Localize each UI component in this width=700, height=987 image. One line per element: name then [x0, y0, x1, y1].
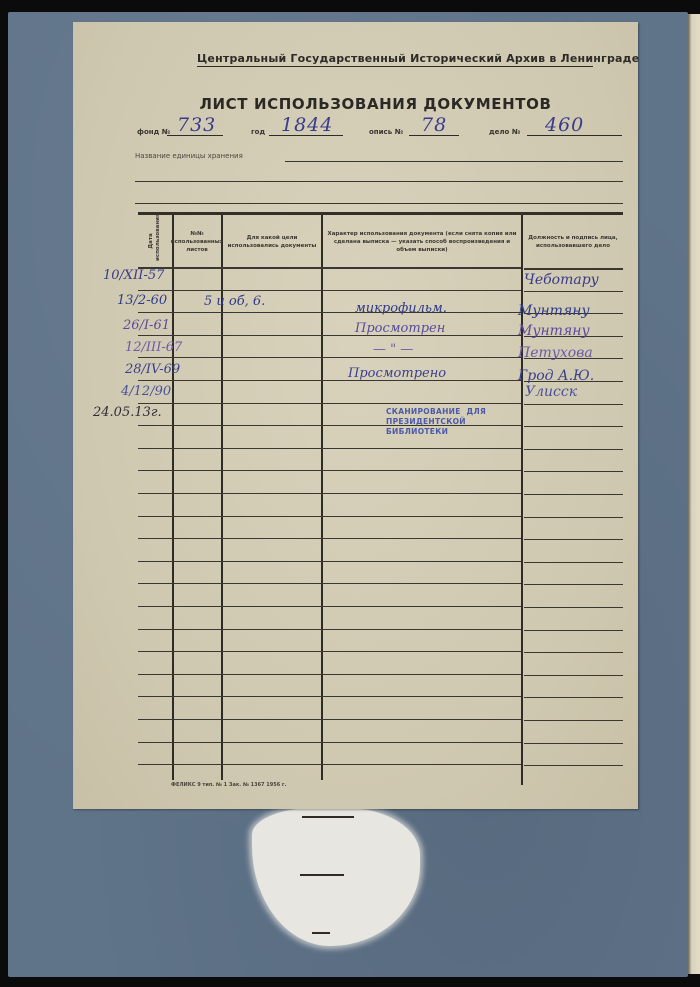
- row-line: [138, 651, 521, 652]
- entry-character: Просмотрено: [348, 366, 446, 381]
- opis-value: 78: [421, 114, 447, 136]
- opis-label: опись №: [369, 128, 403, 136]
- row-line: [138, 380, 521, 381]
- opis-field: опись № 78: [369, 117, 464, 139]
- entry-date: 12/III-67: [125, 340, 182, 355]
- entry-date: 28/IV-69: [125, 362, 180, 377]
- row-line: [138, 516, 521, 517]
- row-line: [524, 562, 623, 563]
- entry-signature: Мунтяну: [518, 323, 590, 339]
- entry-sheets: 5 и об, 6.: [204, 294, 265, 309]
- fond-label: фонд №: [137, 128, 170, 136]
- row-line: [138, 742, 521, 743]
- sheet-title: ЛИСТ ИСПОЛЬЗОВАНИЯ ДОКУМЕНТОВ: [73, 95, 638, 113]
- row-line: [138, 719, 521, 720]
- inner-page-edge: [688, 14, 700, 974]
- row-line: [138, 470, 521, 471]
- row-line: [138, 561, 521, 562]
- row-line: [524, 652, 623, 653]
- entry-signature: Улисск: [525, 384, 577, 400]
- row-line: [524, 720, 623, 721]
- entry-signature: Петухова: [518, 345, 593, 361]
- row-line: [524, 471, 623, 472]
- entry-signature: Грод А.Ю.: [518, 368, 594, 384]
- entry-character: Просмотрен: [355, 321, 445, 336]
- row-line: [524, 584, 623, 585]
- year-label: год: [251, 128, 265, 136]
- storage-unit-label: Название единицы хранения: [135, 152, 243, 160]
- entry-date: 24.05.13г.: [93, 405, 162, 420]
- row-line: [138, 403, 521, 404]
- row-line: [524, 494, 623, 495]
- row-line: [524, 675, 623, 676]
- row-line: [524, 743, 623, 744]
- row-line: [524, 268, 623, 270]
- row-line: [524, 697, 623, 698]
- header-purpose: Для какой цели использовались документы: [224, 220, 320, 264]
- header-date: Дата использования: [138, 215, 172, 267]
- usage-sheet: Центральный Государственный Исторический…: [73, 22, 638, 809]
- archive-name: Центральный Государственный Исторический…: [197, 52, 593, 67]
- row-line: [524, 426, 623, 427]
- row-line: [524, 291, 623, 292]
- entry-date: 4/12/90: [121, 384, 171, 399]
- row-line: [524, 539, 623, 540]
- row-line: [524, 607, 623, 608]
- row-line: [524, 404, 623, 405]
- row-line: [138, 629, 521, 630]
- row-line: [138, 312, 521, 313]
- row-line: [138, 493, 521, 494]
- scan-stamp: СКАНИРОВАНИЕ ДЛЯ ПРЕЗИДЕНТСКОЙ БИБЛИОТЕК…: [386, 407, 486, 437]
- entry-date: 26/I-61: [123, 318, 170, 333]
- delo-value: 460: [545, 114, 584, 136]
- entry-character: — " —: [373, 342, 413, 357]
- row-line: [524, 630, 623, 631]
- row-line: [138, 448, 521, 449]
- delo-field: дело № 460: [489, 117, 624, 139]
- fond-field: фонд № 733: [137, 117, 227, 139]
- row-line: [138, 764, 521, 765]
- row-line: [138, 357, 521, 358]
- header-character: Характер использования документа (если с…: [326, 220, 518, 264]
- row-line: [138, 290, 521, 291]
- header-signature: Должность и подпись лица, использовавшег…: [526, 220, 620, 264]
- row-line: [138, 606, 521, 607]
- row-line: [138, 335, 521, 336]
- entry-date: 10/XII-57: [103, 268, 164, 283]
- header-sheets: №№ использованных листов: [174, 220, 220, 264]
- row-line: [524, 765, 623, 766]
- row-line: [524, 517, 623, 518]
- row-line: [138, 674, 521, 675]
- row-line: [138, 538, 521, 539]
- printer-note: ФЕЛИКС 9 тип. № 1 Зак. № 1367 1956 г.: [171, 782, 286, 788]
- entry-signature: Мунтяну: [518, 303, 590, 319]
- row-line: [138, 267, 521, 269]
- entry-signature: Чеботару: [524, 272, 599, 288]
- entry-character: микрофильм.: [355, 301, 447, 316]
- year-field: год 1844: [251, 117, 346, 139]
- year-value: 1844: [281, 114, 333, 136]
- row-line: [138, 696, 521, 697]
- delo-label: дело №: [489, 128, 520, 136]
- fond-value: 733: [177, 114, 216, 136]
- row-line: [524, 449, 623, 450]
- entry-date: 13/2-60: [117, 293, 167, 308]
- row-line: [138, 583, 521, 584]
